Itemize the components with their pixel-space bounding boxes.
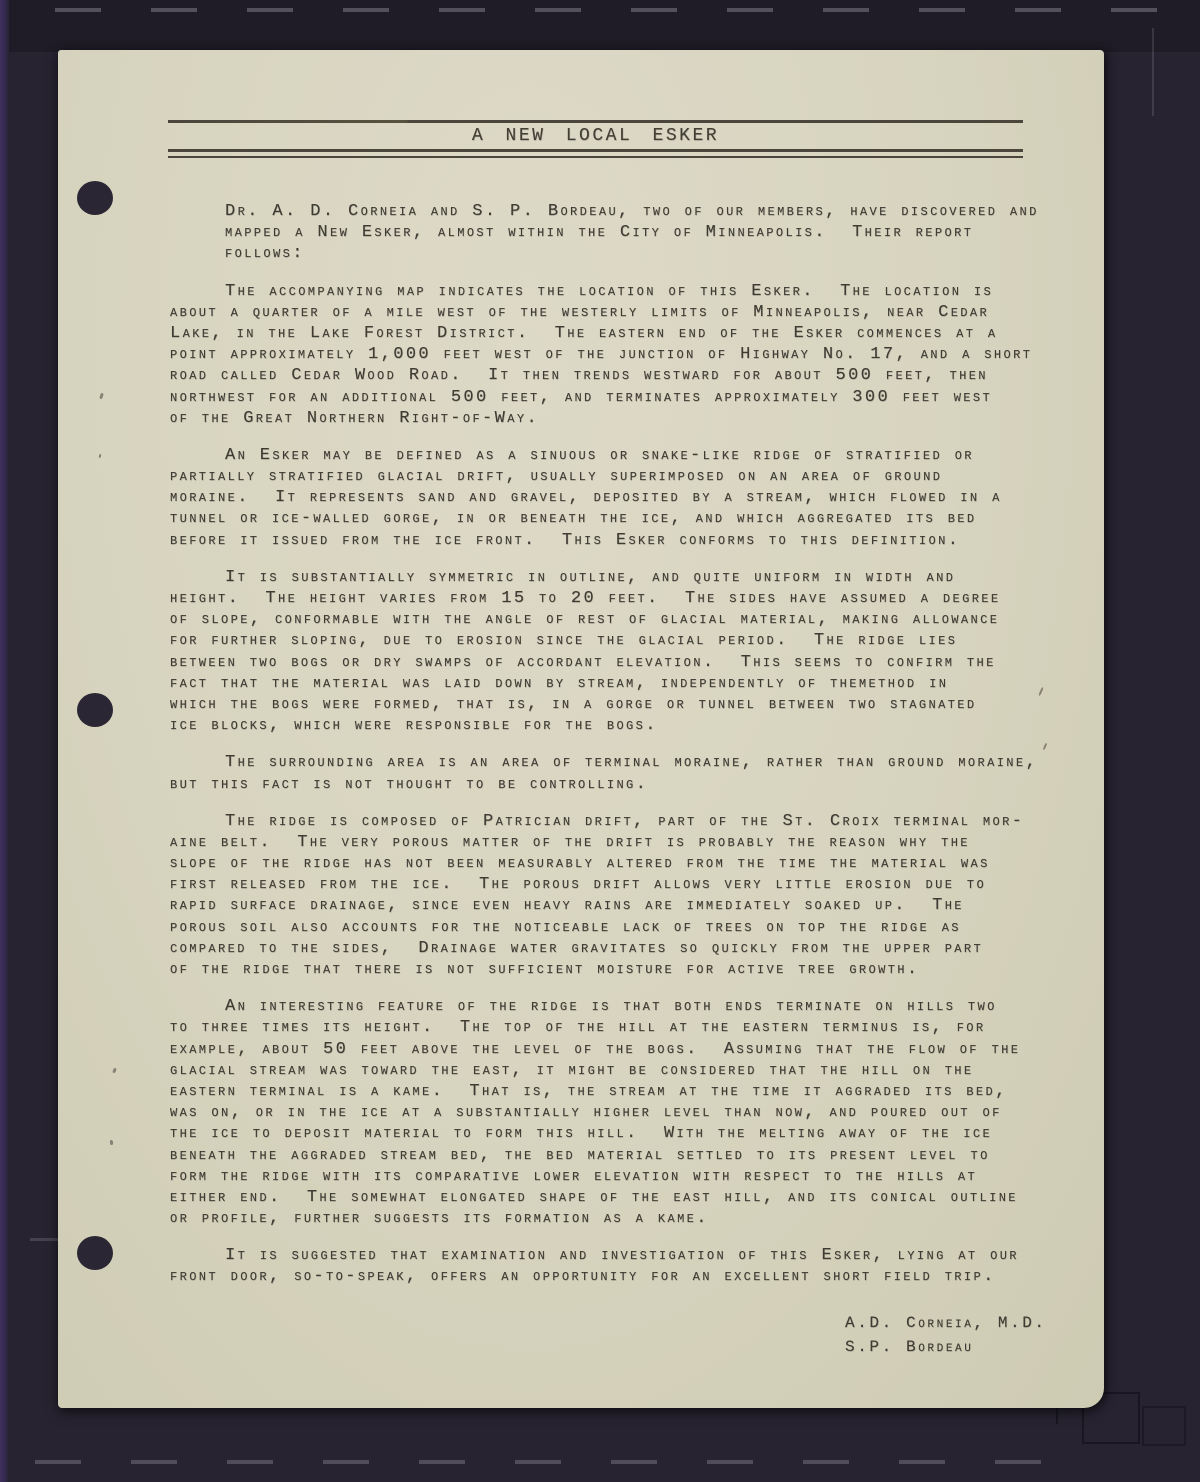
text-line: front door, so-to-speak, offers an oppor… <box>170 1266 1070 1287</box>
text-line: compared to the sides, Drainage water gr… <box>170 938 1070 959</box>
title-rule-top <box>168 120 1023 123</box>
text-line: form the ridge with its comparative lowe… <box>170 1166 1070 1187</box>
signature-line: A.D. Corneia, M.D. <box>845 1311 1047 1335</box>
paper-speck <box>99 454 102 458</box>
scratch-mark <box>1152 28 1154 116</box>
emboss-mark <box>1142 1406 1186 1446</box>
text-line: partially stratified glacial drift, usua… <box>170 466 1070 487</box>
document-page: A NEW LOCAL ESKER Dr. A. D. Corneia and … <box>58 50 1104 1408</box>
text-line: aine belt. The very porous matter of the… <box>170 832 1070 853</box>
paragraph-location: The accompanying map indicates the locat… <box>170 281 1070 429</box>
text-line: beneath the aggraded stream bed, the bed… <box>170 1145 1070 1166</box>
text-line: the ice to deposit material to form this… <box>170 1123 1070 1144</box>
text-line: An Esker may be defined as a sinuous or … <box>170 445 1070 466</box>
text-line: road called Cedar Wood Road. It then tre… <box>170 365 1070 386</box>
text-line: Lake, in the Lake Forest District. The e… <box>170 323 1070 344</box>
text-line: tunnel or ice-walled gorge, in or beneat… <box>170 508 1070 529</box>
text-line: point approximately 1,000 feet west of t… <box>170 344 1070 365</box>
paragraph-intro: Dr. A. D. Corneia and S. P. Bordeau, two… <box>170 201 1070 265</box>
text-line: height. The height varies from 15 to 20 … <box>170 588 1070 609</box>
film-marks-top <box>55 8 1165 12</box>
text-line: rapid surface drainage, since even heavy… <box>170 895 1070 916</box>
paragraph-surrounding: The surrounding area is an area of termi… <box>170 752 1070 794</box>
text-line: either end. The somewhat elongated shape… <box>170 1187 1070 1208</box>
text-line: first released from the ice. The porous … <box>170 874 1070 895</box>
text-line: It is suggested that examination and inv… <box>170 1245 1070 1266</box>
paragraph-definition: An Esker may be defined as a sinuous or … <box>170 445 1070 551</box>
text-line: glacial stream was toward the east, it m… <box>170 1060 1070 1081</box>
text-line: to three times its height. The top of th… <box>170 1017 1070 1038</box>
text-line: before it issued from the ice front. Thi… <box>170 530 1070 551</box>
text-line: It is substantially symmetric in outline… <box>170 567 1070 588</box>
text-line: for further sloping, due to erosion sinc… <box>170 630 1070 651</box>
text-line: follows: <box>170 243 1070 264</box>
paper-speck <box>99 393 104 400</box>
film-marks-bottom <box>35 1460 1085 1464</box>
paragraph-hills: An interesting feature of the ridge is t… <box>170 996 1070 1229</box>
text-line: Dr. A. D. Corneia and S. P. Bordeau, two… <box>170 201 1070 222</box>
punch-hole <box>77 1236 113 1270</box>
paragraph-symmetry: It is substantially symmetric in outline… <box>170 567 1070 737</box>
text-line: slope of the ridge has not been measurab… <box>170 853 1070 874</box>
text-line: porous soil also accounts for the notice… <box>170 917 1070 938</box>
text-line: which the bogs were formed, that is, in … <box>170 694 1070 715</box>
text-line: eastern terminal is a kame. That is, the… <box>170 1081 1070 1102</box>
document-body: Dr. A. D. Corneia and S. P. Bordeau, two… <box>170 201 1070 1304</box>
binder-spine-edge <box>0 0 9 1482</box>
text-line: The ridge is composed of Patrician drift… <box>170 811 1070 832</box>
paragraph-suggestion: It is suggested that examination and inv… <box>170 1245 1070 1287</box>
text-line: between two bogs or dry swamps of accord… <box>170 652 1070 673</box>
text-line: moraine. It represents sand and gravel, … <box>170 487 1070 508</box>
text-line: The surrounding area is an area of termi… <box>170 752 1070 773</box>
text-line: The accompanying map indicates the locat… <box>170 281 1070 302</box>
paragraph-composition: The ridge is composed of Patrician drift… <box>170 811 1070 981</box>
text-line: was on, or in the ice at a substantially… <box>170 1102 1070 1123</box>
text-line: An interesting feature of the ridge is t… <box>170 996 1070 1017</box>
text-line: about a quarter of a mile west of the we… <box>170 302 1070 323</box>
punch-hole <box>77 693 113 727</box>
paper-speck <box>110 1140 114 1145</box>
paper-speck <box>112 1068 117 1074</box>
title-rule-bottom <box>168 156 1023 158</box>
text-line: of the ridge that there is not sufficien… <box>170 959 1070 980</box>
signature-line: S.P. Bordeau <box>845 1335 1047 1359</box>
text-line: ice blocks, which were responsible for t… <box>170 715 1070 736</box>
text-line: of slope, conformable with the angle of … <box>170 609 1070 630</box>
punch-hole <box>77 181 113 215</box>
page-title: A NEW LOCAL ESKER <box>168 126 1023 146</box>
text-line: example, about 50 feet above the level o… <box>170 1039 1070 1060</box>
text-line: northwest for an additional 500 feet, an… <box>170 387 1070 408</box>
title-rule-middle <box>168 149 1023 152</box>
text-line: but this fact is not thought to be contr… <box>170 774 1070 795</box>
text-line: of the Great Northern Right-of-Way. <box>170 408 1070 429</box>
text-line: or profile, further suggests its formati… <box>170 1208 1070 1229</box>
text-line: mapped a New Esker, almost within the Ci… <box>170 222 1070 243</box>
signature-block: A.D. Corneia, M.D. S.P. Bordeau <box>845 1311 1047 1359</box>
text-line: fact that the material was laid down by … <box>170 673 1070 694</box>
